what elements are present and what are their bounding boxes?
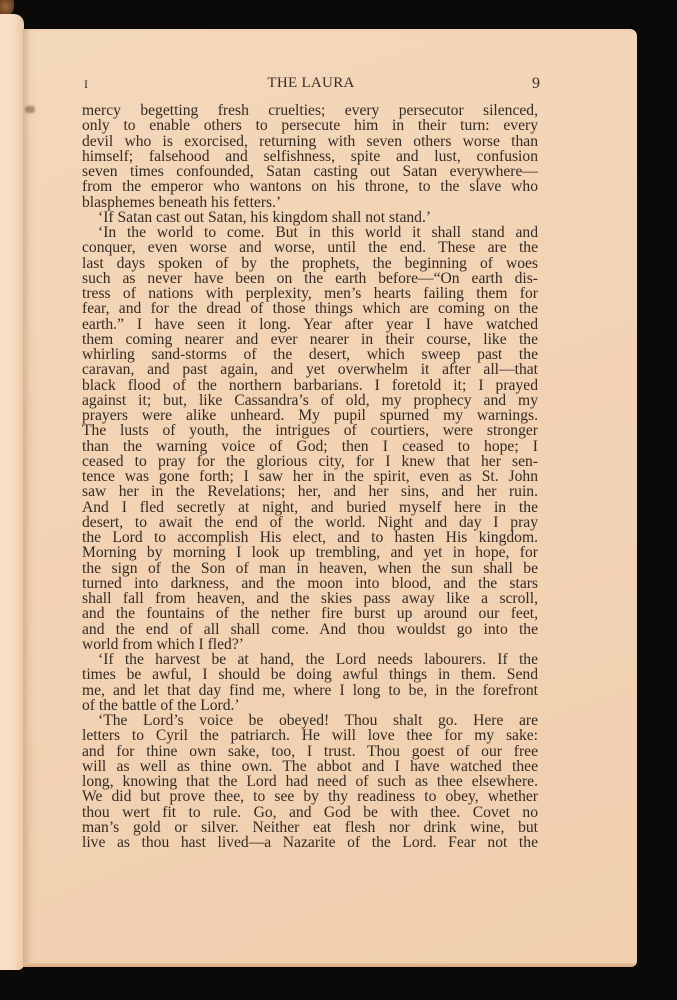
- text-line: from the emperor who wantons on his thro…: [82, 179, 538, 194]
- text-line: earth.” I have seen it long. Year after …: [82, 317, 538, 332]
- text-line: caravan, and past again, and yet overwhe…: [82, 362, 538, 377]
- running-header: I THE LAURA 9: [82, 75, 540, 95]
- text-line: Morning by morning I look up trembling, …: [82, 545, 538, 560]
- text-line: ‘In the world to come. But in this world…: [82, 225, 538, 240]
- text-line: only to enable others to persecute him i…: [82, 118, 538, 133]
- gutter-stain: [25, 106, 35, 113]
- text-line: turned into darkness, and the moon into …: [82, 576, 538, 591]
- text-line: thou wert fit to rule. Go, and God be wi…: [82, 805, 538, 820]
- text-line: prayers were alike unheard. My pupil spu…: [82, 408, 538, 423]
- text-line: them coming nearer and ever nearer in th…: [82, 332, 538, 347]
- text-line: will as well as thine own. The abbot and…: [82, 759, 538, 774]
- text-line: mercy begetting fresh cruelties; every p…: [82, 103, 538, 118]
- body-text: mercy begetting fresh cruelties; every p…: [82, 103, 538, 850]
- page-bottom-edge: [23, 963, 635, 967]
- text-line: ‘The Lord’s voice be obeyed! Thou shalt …: [82, 713, 538, 728]
- text-line: long, knowing that the Lord had need of …: [82, 774, 538, 789]
- text-line: man’s gold or silver. Neither eat flesh …: [82, 820, 538, 835]
- text-line: We did but prove thee, to see by thy rea…: [82, 789, 538, 804]
- text-line: tence was gone forth; I saw her in the s…: [82, 469, 538, 484]
- text-line: And I fled secretly at night, and buried…: [82, 500, 538, 515]
- text-line: black flood of the northern barbarians. …: [82, 378, 538, 393]
- text-line: me, and let that day find me, where I lo…: [82, 683, 538, 698]
- text-line: tress of nations with perplexity, men’s …: [82, 286, 538, 301]
- text-line: seven times confounded, Satan casting ou…: [82, 164, 538, 179]
- text-line: against it; but, like Cassandra’s of old…: [82, 393, 538, 408]
- text-line: last days spoken of by the prophets, the…: [82, 256, 538, 271]
- text-line: letters to Cyril the patriarch. He will …: [82, 728, 538, 743]
- text-line: live as thou hast lived—a Nazarite of th…: [82, 835, 538, 850]
- text-line: saw her in the Revelations; her, and her…: [82, 484, 538, 499]
- text-line: such as never have been on the earth bef…: [82, 271, 538, 286]
- text-line: times be awful, I should be doing awful …: [82, 667, 538, 682]
- text-line: ‘If Satan cast out Satan, his kingdom sh…: [82, 210, 538, 225]
- text-line: devil who is exorcised, returning with s…: [82, 134, 538, 149]
- text-line: than the warning voice of God; then I ce…: [82, 439, 538, 454]
- text-line: and for thine own sake, too, I trust. Th…: [82, 744, 538, 759]
- text-line: world from which I fled?’: [82, 637, 538, 652]
- text-line: shall fall from heaven, and the skies pa…: [82, 591, 538, 606]
- text-line: blasphemes beneath his fetters.’: [82, 195, 538, 210]
- text-line: himself; falsehood and selfishness, spit…: [82, 149, 538, 164]
- text-line: conquer, even worse and worse, until the…: [82, 240, 538, 255]
- text-line: whirling sand-storms of the desert, whic…: [82, 347, 538, 362]
- text-line: ‘If the harvest be at hand, the Lord nee…: [82, 652, 538, 667]
- text-line: the sign of the Son of man in heaven, wh…: [82, 561, 538, 576]
- facing-page-edge: [0, 14, 24, 970]
- text-line: ceased to pray for the glorious city, fo…: [82, 454, 538, 469]
- text-line: the Lord to accomplish His elect, and to…: [82, 530, 538, 545]
- text-line: The lusts of youth, the intrigues of cou…: [82, 423, 538, 438]
- text-line: fear, and for the dread of those things …: [82, 301, 538, 316]
- text-line: desert, to await the end of the world. N…: [82, 515, 538, 530]
- text-line: and the fountains of the nether fire bur…: [82, 606, 538, 621]
- text-line: and the end of all shall come. And thou …: [82, 622, 538, 637]
- running-title: THE LAURA: [82, 75, 540, 92]
- text-line: of the battle of the Lord.’: [82, 698, 538, 713]
- page-number: 9: [532, 75, 540, 93]
